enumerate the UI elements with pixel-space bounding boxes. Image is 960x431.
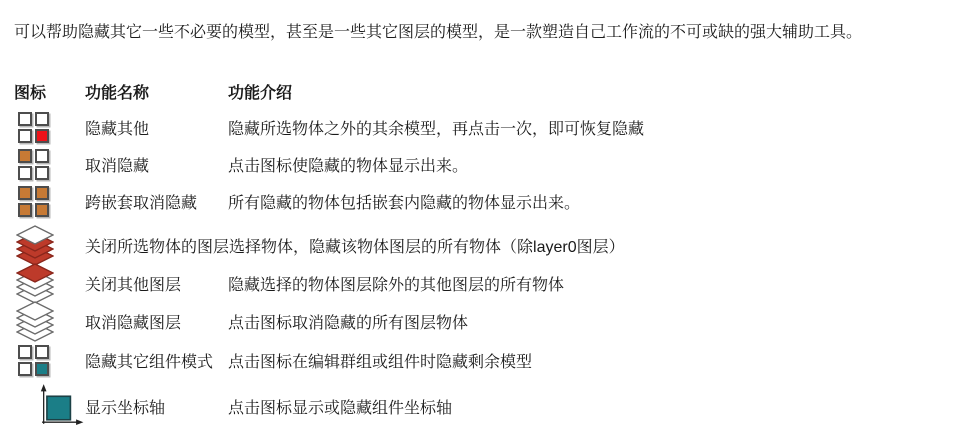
table-row: 取消隐藏图层 点击图标取消隐藏的所有图层物体 bbox=[14, 302, 960, 340]
grid-cell bbox=[18, 345, 32, 359]
hide-selected-object-layer-icon bbox=[16, 225, 54, 266]
function-name: 取消隐藏 bbox=[85, 153, 228, 176]
unhide-layers-icon bbox=[16, 301, 54, 342]
function-desc: 隐藏所选物体之外的其余模型，再点击一次，即可恢复隐藏 bbox=[228, 116, 960, 139]
hide-other-layers-icon bbox=[16, 263, 54, 304]
grid-cell-orange bbox=[35, 203, 49, 217]
table-row: 关闭其他图层 隐藏选择的物体图层除外的其他图层的所有物体 bbox=[14, 264, 960, 302]
intro-paragraph: 可以帮助隐藏其它一些不必要的模型，甚至是一些其它图层的模型，是一款塑造自己工作流… bbox=[14, 24, 946, 42]
function-name: 关闭其他图层 bbox=[85, 272, 228, 295]
grid-cell bbox=[18, 129, 32, 143]
table-row: 跨嵌套取消隐藏 所有隐藏的物体包括嵌套内隐藏的物体显示出来。 bbox=[14, 183, 960, 220]
table-row: 隐藏其它组件模式 点击图标在编辑群组或组件时隐藏剩余模型 bbox=[14, 340, 960, 380]
grid-cell bbox=[18, 166, 32, 180]
grid-cell-orange bbox=[18, 149, 32, 163]
hide-others-grid-icon bbox=[18, 112, 49, 143]
axis-right-arrowhead bbox=[76, 419, 83, 425]
grid-cell bbox=[35, 149, 49, 163]
function-name: 跨嵌套取消隐藏 bbox=[85, 190, 228, 213]
table-row: 隐藏其他 隐藏所选物体之外的其余模型，再点击一次，即可恢复隐藏 bbox=[14, 109, 960, 146]
header-name-col: 功能名称 bbox=[85, 80, 228, 103]
grid-cell-teal bbox=[35, 362, 49, 376]
function-name: 隐藏其它组件模式 bbox=[85, 349, 228, 372]
function-name: 关闭所选物体的图层 bbox=[85, 234, 229, 257]
show-axes-icon bbox=[38, 379, 85, 431]
grid-cell bbox=[35, 166, 49, 180]
function-name: 显示坐标轴 bbox=[85, 395, 228, 418]
unhide-grid-icon bbox=[18, 149, 49, 180]
function-desc: 点击图标在编辑群组或组件时隐藏剩余模型 bbox=[228, 349, 960, 372]
grid-cell bbox=[35, 112, 49, 126]
function-desc: 点击图标使隐藏的物体显示出来。 bbox=[228, 153, 960, 176]
grid-cell-orange bbox=[18, 186, 32, 200]
grid-cell-orange bbox=[35, 186, 49, 200]
grid-cell-orange bbox=[18, 203, 32, 217]
function-desc: 隐藏选择的物体图层除外的其他图层的所有物体 bbox=[228, 272, 960, 295]
function-name: 取消隐藏图层 bbox=[85, 310, 228, 333]
function-desc: 所有隐藏的物体包括嵌套内隐藏的物体显示出来。 bbox=[228, 190, 960, 213]
function-desc: 点击图标取消隐藏的所有图层物体 bbox=[228, 310, 960, 333]
grid-cell-red bbox=[35, 129, 49, 143]
function-desc: 点击图标显示或隐藏组件坐标轴 bbox=[228, 395, 960, 418]
hide-others-component-grid-icon bbox=[18, 345, 49, 376]
axis-up-arrowhead bbox=[41, 384, 47, 391]
grid-cell bbox=[35, 345, 49, 359]
header-icon-col: 图标 bbox=[14, 80, 85, 103]
function-name: 隐藏其他 bbox=[85, 116, 228, 139]
grid-cell bbox=[18, 362, 32, 376]
axis-teal-square bbox=[47, 396, 70, 420]
function-desc: 选择物体，隐藏该物体图层的所有物体（除layer0图层） bbox=[229, 234, 960, 257]
grid-cell bbox=[18, 112, 32, 126]
table-row: 关闭所选物体的图层 选择物体，隐藏该物体图层的所有物体（除layer0图层） bbox=[14, 226, 960, 264]
table-header-row: 图标 功能名称 功能介绍 bbox=[14, 80, 960, 103]
unhide-nested-grid-icon bbox=[18, 186, 49, 217]
table-row: 显示坐标轴 点击图标显示或隐藏组件坐标轴 bbox=[14, 380, 960, 431]
header-desc-col: 功能介绍 bbox=[228, 80, 960, 103]
table-row: 取消隐藏 点击图标使隐藏的物体显示出来。 bbox=[14, 146, 960, 183]
function-table: 隐藏其他 隐藏所选物体之外的其余模型，再点击一次，即可恢复隐藏 取消隐藏 点击图… bbox=[14, 109, 960, 431]
